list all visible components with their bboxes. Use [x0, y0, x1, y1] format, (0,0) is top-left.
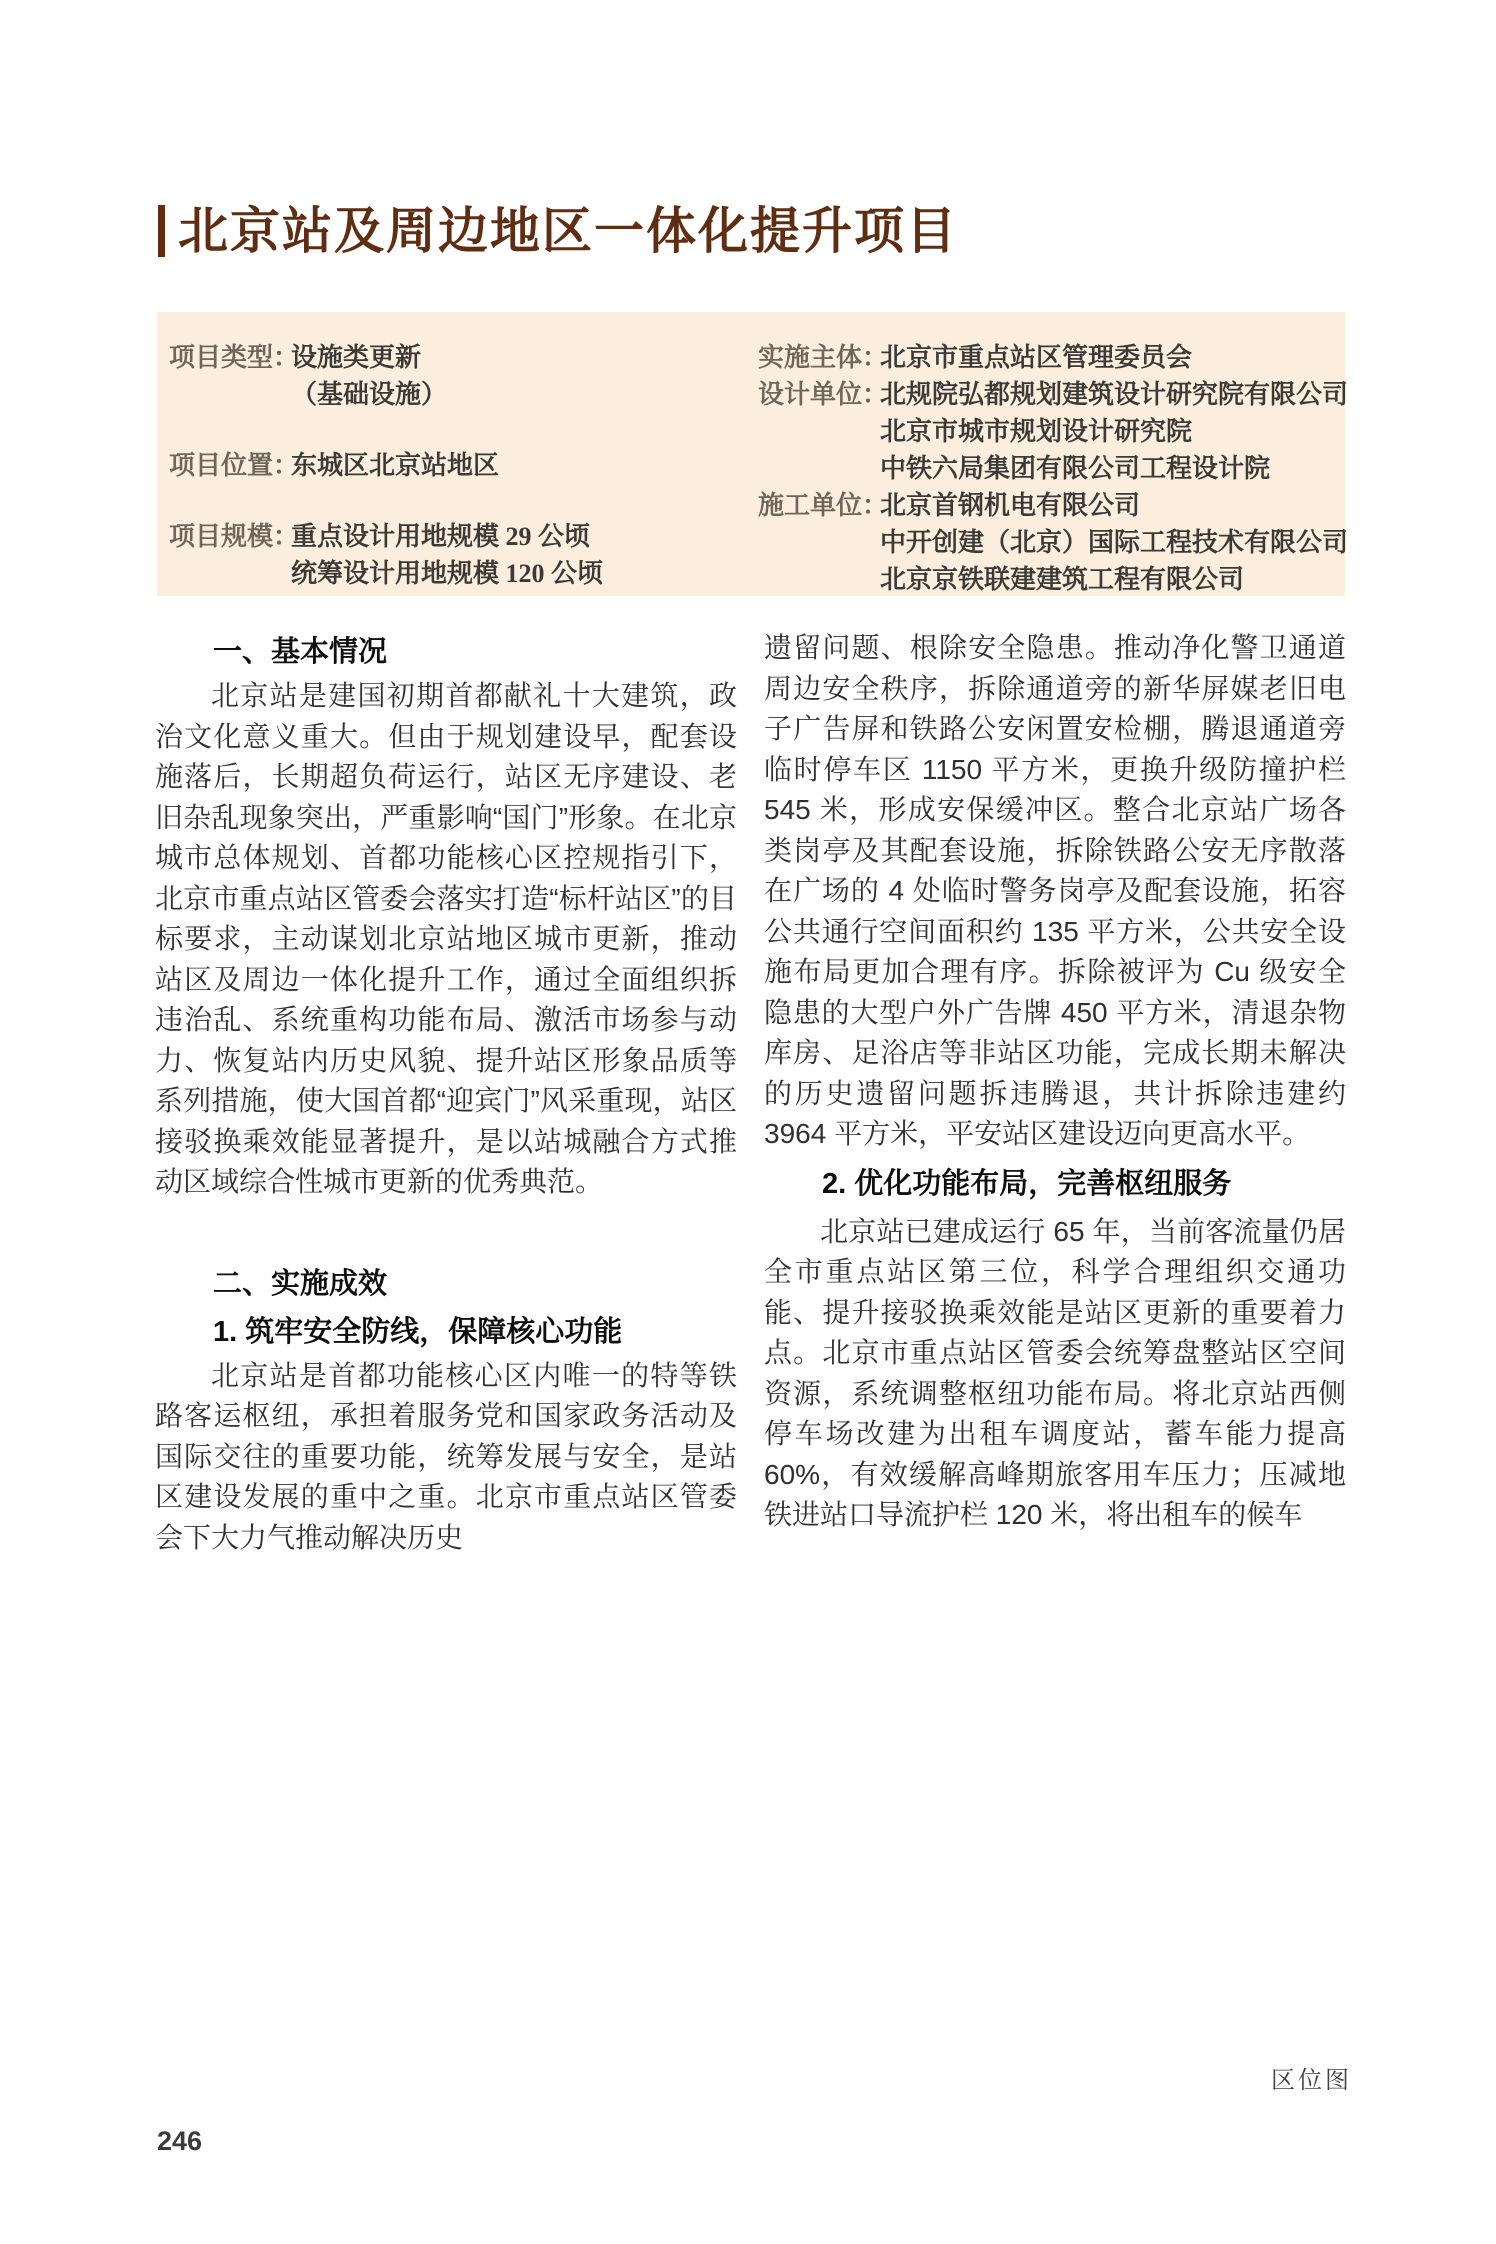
document-page: 北京站及周边地区一体化提升项目 项目类型： 设施类更新 （基础设施） 项目位置：…	[0, 0, 1496, 2244]
page-number: 246	[157, 2124, 202, 2158]
subsection-heading-function-layout: 2. 优化功能布局，完善枢纽服务	[764, 1160, 1346, 1208]
field-value-line: 设施类更新	[291, 339, 447, 376]
text-column-left: 一、基本情况 北京站是建国初期首都献礼十大建筑，政治文化意义重大。但由于规划建设…	[155, 628, 737, 1558]
field-value-line: 重点设计用地规模 29 公顷	[291, 518, 603, 555]
field-value: 北京首钢机电有限公司 中开创建（北京）国际工程技术有限公司 北京京铁联建建筑工程…	[880, 487, 1348, 598]
subsection-heading-safety: 1. 筑牢安全防线，保障核心功能	[155, 1308, 737, 1356]
paragraph: 北京站是建国初期首都献礼十大建筑，政治文化意义重大。但由于规划建设早，配套设施落…	[155, 676, 737, 1203]
section-heading-implementation-results: 二、实施成效	[155, 1260, 737, 1308]
page-title: 北京站及周边地区一体化提升项目	[178, 205, 958, 257]
field-label: 设计单位：	[758, 376, 880, 487]
title-accent-bar	[158, 205, 165, 257]
field-label: 项目位置：	[169, 447, 291, 484]
project-info-box: 项目类型： 设施类更新 （基础设施） 项目位置： 东城区北京站地区 项目规模： …	[157, 312, 1345, 596]
paragraph: 北京站是首都功能核心区内唯一的特等铁路客运枢纽，承担着服务党和国家政务活动及国际…	[155, 1356, 737, 1559]
field-label: 项目类型：	[169, 339, 291, 413]
title-block: 北京站及周边地区一体化提升项目	[158, 205, 958, 257]
info-box-right-column: 实施主体： 北京市重点站区管理委员会 设计单位： 北规院弘都规划建筑设计研究院有…	[758, 339, 1348, 598]
field-value-line: 北京市城市规划设计研究院	[880, 413, 1348, 450]
field-value: 设施类更新 （基础设施）	[291, 339, 447, 413]
field-value: 东城区北京站地区	[291, 447, 499, 484]
field-value-line: 北京市重点站区管理委员会	[880, 339, 1192, 376]
field-project-location: 项目位置： 东城区北京站地区	[169, 447, 603, 484]
field-value-line: 统筹设计用地规模 120 公顷	[291, 555, 603, 592]
field-design-units: 设计单位： 北规院弘都规划建筑设计研究院有限公司 北京市城市规划设计研究院 中铁…	[758, 376, 1348, 487]
field-value: 北规院弘都规划建筑设计研究院有限公司 北京市城市规划设计研究院 中铁六局集团有限…	[880, 376, 1348, 487]
field-value-line: 中开创建（北京）国际工程技术有限公司	[880, 524, 1348, 561]
map-caption: 区位图	[1271, 2066, 1352, 2096]
paragraph: 北京站已建成运行 65 年，当前客流量仍居全市重点站区第三位，科学合理组织交通功…	[764, 1212, 1346, 1536]
field-value: 北京市重点站区管理委员会	[880, 339, 1192, 376]
field-value-line: 东城区北京站地区	[291, 447, 499, 484]
field-value-line: 北规院弘都规划建筑设计研究院有限公司	[880, 376, 1348, 413]
field-project-scale: 项目规模： 重点设计用地规模 29 公顷 统筹设计用地规模 120 公顷	[169, 518, 603, 592]
field-implementing-body: 实施主体： 北京市重点站区管理委员会	[758, 339, 1348, 376]
field-label: 施工单位：	[758, 487, 880, 598]
field-project-type: 项目类型： 设施类更新 （基础设施）	[169, 339, 603, 413]
field-construction-units: 施工单位： 北京首钢机电有限公司 中开创建（北京）国际工程技术有限公司 北京京铁…	[758, 487, 1348, 598]
field-label: 实施主体：	[758, 339, 880, 376]
field-value-line: 北京首钢机电有限公司	[880, 487, 1348, 524]
field-value-line: 中铁六局集团有限公司工程设计院	[880, 450, 1348, 487]
section-heading-basic-situation: 一、基本情况	[155, 628, 737, 676]
info-box-left-column: 项目类型： 设施类更新 （基础设施） 项目位置： 东城区北京站地区 项目规模： …	[169, 339, 603, 626]
field-value: 重点设计用地规模 29 公顷 统筹设计用地规模 120 公顷	[291, 518, 603, 592]
field-label: 项目规模：	[169, 518, 291, 592]
text-column-right: 遗留问题、根除安全隐患。推动净化警卫通道周边安全秩序，拆除通道旁的新华屏媒老旧电…	[764, 628, 1346, 1536]
paragraph: 遗留问题、根除安全隐患。推动净化警卫通道周边安全秩序，拆除通道旁的新华屏媒老旧电…	[764, 628, 1346, 1155]
field-value-line: 北京京铁联建建筑工程有限公司	[880, 561, 1348, 598]
field-value-line: （基础设施）	[291, 376, 447, 413]
